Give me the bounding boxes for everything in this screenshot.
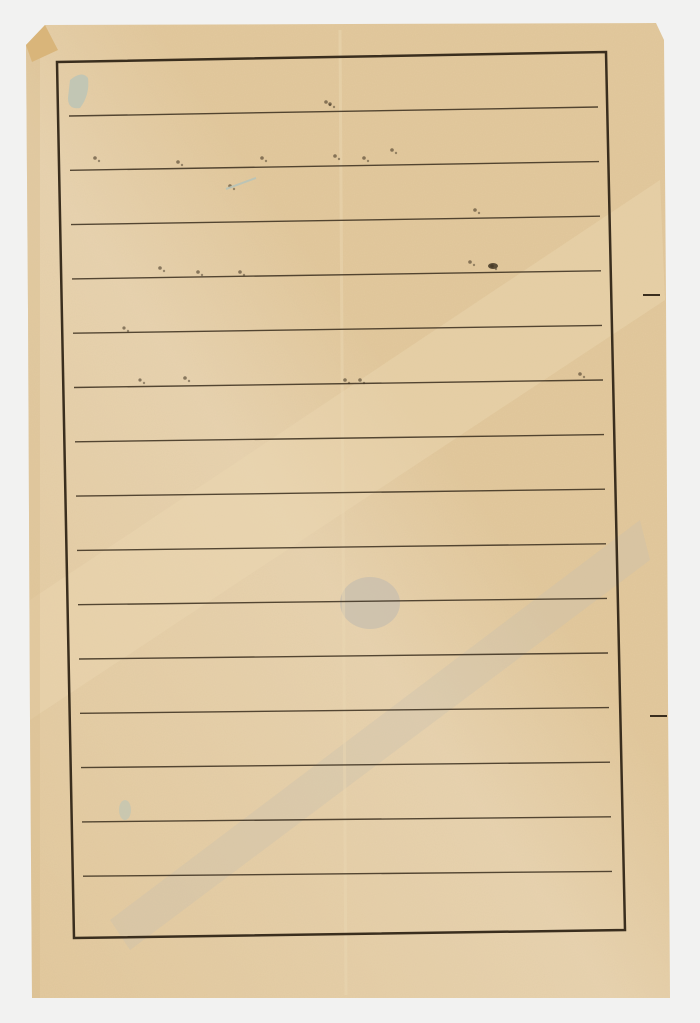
- paper-texture: [0, 0, 700, 1023]
- paper-sheet: [0, 0, 700, 1023]
- paper-drawing: [0, 0, 700, 1023]
